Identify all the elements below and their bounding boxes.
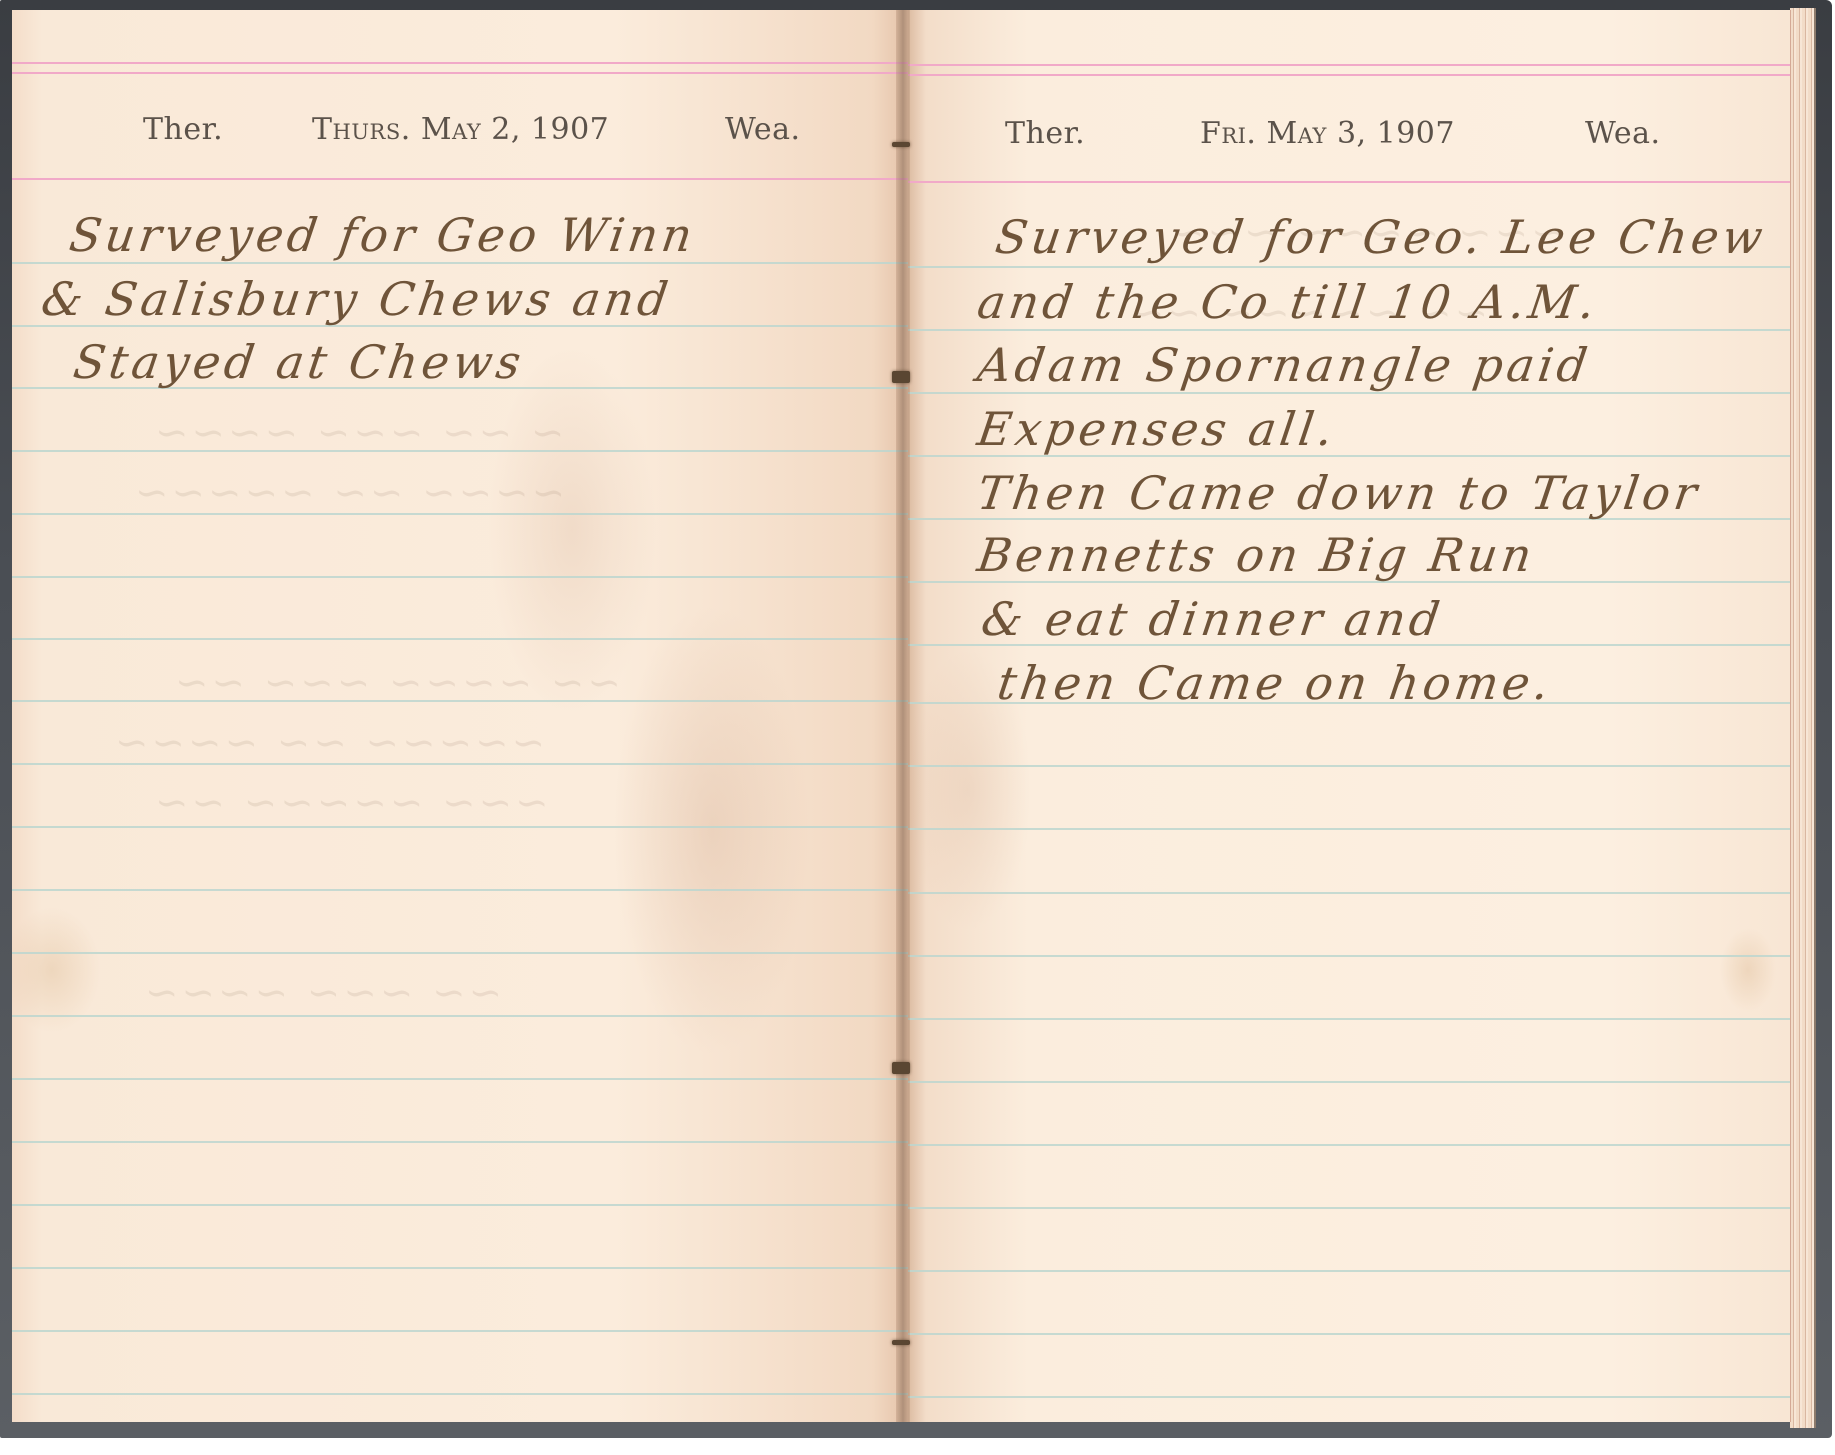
line-rule — [12, 1204, 908, 1206]
bleed-through: ~~ ~~~ ~~~~ — [142, 970, 502, 1016]
binding-clip — [892, 1340, 910, 1345]
entry-line: Stayed at Chews — [70, 335, 528, 389]
wea-label: Wea. — [725, 112, 801, 147]
right-page: Ther. Fri. May 3, 1907 Wea. ~~~ ~~~~ ~~~… — [908, 10, 1791, 1422]
date: May 2, 1907 — [421, 112, 609, 147]
entry-line: & eat dinner and — [978, 592, 1447, 646]
top-rule-2 — [12, 72, 908, 74]
binding-clip — [892, 142, 910, 147]
ther-label: Ther. — [143, 112, 223, 147]
line-rule — [12, 1267, 908, 1269]
line-rule — [908, 1144, 1790, 1146]
line-rule — [908, 1396, 1790, 1398]
entry-line: Expenses all. — [974, 402, 1340, 456]
entry-line: and the Co till 10 A.M. — [974, 275, 1602, 329]
top-rule-1 — [12, 62, 908, 64]
line-rule — [908, 1270, 1790, 1272]
line-rule — [908, 266, 1790, 268]
line-rule — [12, 826, 908, 828]
line-rule — [12, 889, 908, 891]
weekday: Fri. — [1200, 116, 1256, 151]
line-rule — [12, 262, 908, 264]
entry-line: Surveyed for Geo Winn — [66, 208, 699, 262]
day-label: Fri. May 3, 1907 — [1200, 116, 1455, 151]
entry-line: & Salisbury Chews and — [38, 272, 675, 326]
line-rule — [12, 576, 908, 578]
left-page: Ther. Thurs. May 2, 1907 Wea. ~ ~~ ~~~ ~… — [12, 10, 908, 1422]
header-rule — [908, 181, 1790, 183]
header-rule — [12, 178, 908, 180]
top-rule-2 — [908, 74, 1790, 76]
entry-line: Then Came down to Taylor — [974, 466, 1704, 520]
line-rule — [908, 892, 1790, 894]
line-rule — [12, 1393, 908, 1395]
line-rule — [908, 955, 1790, 957]
bleed-through: ~~~~ ~~ ~~~~~ — [132, 470, 565, 516]
bleed-through: ~ ~~ ~~~ ~~~~ — [152, 410, 564, 456]
line-rule — [908, 1018, 1790, 1020]
line-rule — [908, 828, 1790, 830]
entry-line: Bennetts on Big Run — [974, 528, 1539, 582]
ther-label: Ther. — [1005, 116, 1085, 151]
line-rule — [12, 1141, 908, 1143]
wea-label: Wea. — [1585, 116, 1661, 151]
bleed-through: ~~~~~ ~~ ~~~~ — [112, 720, 545, 766]
line-rule — [12, 1330, 908, 1332]
line-rule — [12, 638, 908, 640]
day-label: Thurs. May 2, 1907 — [312, 112, 609, 147]
bleed-through: ~~ ~~~~ ~~~ ~~ — [172, 660, 621, 706]
binding-clip — [892, 1062, 910, 1074]
line-rule — [908, 392, 1790, 394]
entry-line: Surveyed for Geo. Lee Chew — [992, 210, 1770, 264]
entry-line: Adam Spornangle paid — [974, 338, 1594, 392]
weekday: Thurs. — [312, 112, 411, 147]
line-rule — [908, 1333, 1790, 1335]
line-rule — [12, 1078, 908, 1080]
date: May 3, 1907 — [1267, 116, 1455, 151]
bleed-through: ~~~ ~~~~~ ~~ — [152, 780, 549, 826]
spine-crease — [896, 10, 910, 1422]
line-rule — [908, 1081, 1790, 1083]
top-rule-1 — [908, 64, 1790, 66]
line-rule — [908, 765, 1790, 767]
line-rule — [12, 952, 908, 954]
entry-line: then Came on home. — [994, 656, 1556, 710]
page-edges — [1790, 8, 1816, 1428]
binding-clip — [892, 371, 910, 383]
line-rule — [908, 1207, 1790, 1209]
